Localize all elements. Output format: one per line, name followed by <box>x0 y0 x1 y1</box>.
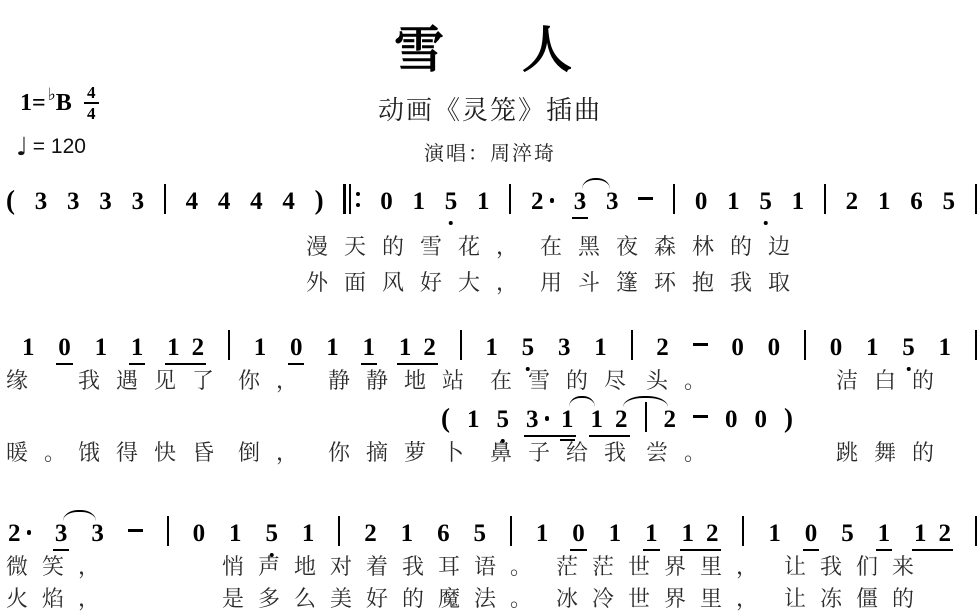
lyric-segment: 冰冷世界里， <box>556 587 772 611</box>
eighth-underline <box>361 363 378 365</box>
lyric-segment: 暖。 <box>6 441 82 465</box>
barline <box>673 184 675 214</box>
lyric-segment: 饿得快昏 <box>78 441 230 465</box>
lyric-segment: 火焰， <box>6 587 114 611</box>
note-0: 0 <box>755 407 768 432</box>
barline <box>975 330 977 360</box>
note-2: 2 <box>706 521 719 546</box>
barline <box>975 184 977 214</box>
dash-note <box>693 343 708 346</box>
note-5: 5 <box>445 189 458 214</box>
note-1: 1 <box>878 189 891 214</box>
low-octave-dot <box>763 221 768 226</box>
note-1: 1 <box>131 335 144 360</box>
beam-group: 12 <box>591 407 628 432</box>
note-5: 5 <box>942 189 955 214</box>
jianpu-sheet: { "header": { "title": "雪 人", "subtitle"… <box>0 0 980 612</box>
note-5: 5 <box>759 189 772 214</box>
lyric-segment: 头。 <box>646 369 722 393</box>
beam-underline <box>680 549 721 551</box>
lyric-segment: 悄声地对着我耳语。 <box>222 555 546 579</box>
eighth-underline <box>53 549 70 551</box>
parenthesis: ( <box>441 405 450 432</box>
note-1: 1 <box>412 189 425 214</box>
eighth-underline <box>803 549 820 551</box>
dash-note <box>638 197 653 200</box>
note-1: 1 <box>768 521 781 546</box>
note-1: 1 <box>536 521 549 546</box>
lyric-segment: 让冻僵的 <box>784 587 928 611</box>
note-3: 3 <box>526 407 549 432</box>
parenthesis: ) <box>315 187 324 214</box>
lyric-segment: 静静地站 <box>328 369 480 393</box>
note-1: 1 <box>594 335 607 360</box>
note-1: 1 <box>254 335 267 360</box>
note-4: 4 <box>282 189 295 214</box>
repeat-begin-sign <box>343 184 360 214</box>
note-1: 1 <box>485 335 498 360</box>
note-3: 3 <box>99 189 112 214</box>
lyric-segment: 是多么美好的魔法。 <box>222 587 546 611</box>
note-1: 1 <box>399 335 412 360</box>
note-0: 0 <box>830 335 843 360</box>
lyric-segment: 缘 <box>6 369 44 393</box>
note-2: 2 <box>192 335 205 360</box>
note-5: 5 <box>473 521 486 546</box>
beam-group: 12 <box>914 521 951 546</box>
notation-line-3: 23301512165101112105112 <box>8 516 977 546</box>
note-0: 0 <box>805 521 818 546</box>
barline <box>742 516 744 546</box>
barline <box>164 184 166 214</box>
parenthesis: ( <box>6 187 15 214</box>
augmentation-dot <box>27 530 32 535</box>
note-1: 1 <box>363 335 376 360</box>
eighth-underline <box>288 363 305 365</box>
eighth-underline <box>570 549 587 551</box>
note-1: 1 <box>645 521 658 546</box>
beam-group: 12 <box>399 335 436 360</box>
lyric-segment: 在黑夜森林的边 <box>540 235 806 259</box>
lyrics-row-3: 缘我遇见了你，静静地站在雪的尽头。洁白的 <box>0 369 980 395</box>
note-3: 3 <box>55 521 68 546</box>
note-3: 3 <box>35 189 48 214</box>
lyrics-row-6: 火焰，是多么美好的魔法。冰冷世界里，让冻僵的 <box>0 587 980 612</box>
lyrics-row-1: 漫天的雪花，在黑夜森林的边 <box>0 235 980 261</box>
note-2: 2 <box>423 335 436 360</box>
lyric-segment: 用斗篷环抱我取 <box>540 271 806 295</box>
lyrics-row-2: 外面风好大，用斗篷环抱我取 <box>0 271 980 297</box>
note-5: 5 <box>265 521 278 546</box>
note-1: 1 <box>682 521 695 546</box>
note-0: 0 <box>193 521 206 546</box>
note-6: 6 <box>437 521 450 546</box>
note-2: 2 <box>531 189 554 214</box>
note-1: 1 <box>866 335 879 360</box>
eighth-underline <box>876 549 893 551</box>
lyrics-row-5: 微笑，悄声地对着我耳语。茫茫世界里，让我们来 <box>0 555 980 581</box>
note-1: 1 <box>95 335 108 360</box>
dash-note <box>128 529 143 532</box>
note-3: 3 <box>132 189 145 214</box>
barline <box>975 516 977 546</box>
song-subtitle: 动画《灵笼》插曲 <box>0 90 980 127</box>
note-5: 5 <box>902 335 915 360</box>
note-2: 2 <box>615 407 628 432</box>
note-1: 1 <box>326 335 339 360</box>
lyric-segment: 让我们来 <box>784 555 928 579</box>
lyric-segment: 茫茫世界里， <box>556 555 772 579</box>
repeat-bar <box>343 184 346 214</box>
note-1: 1 <box>914 521 927 546</box>
lyric-segment: 漫天的雪花， <box>306 235 534 259</box>
lyric-segment: 鼻子给我 <box>490 441 642 465</box>
note-5: 5 <box>497 407 510 432</box>
tie-arc <box>63 510 95 521</box>
note-5: 5 <box>841 521 854 546</box>
lyric-segment: 微笑， <box>6 555 114 579</box>
barline <box>510 516 512 546</box>
note-1: 1 <box>477 189 490 214</box>
lyric-segment: 你， <box>238 369 314 393</box>
note-0: 0 <box>58 335 71 360</box>
note-0: 0 <box>290 335 303 360</box>
repeat-bar <box>349 184 352 214</box>
notation-inline-phrase: (153112200) <box>441 402 793 432</box>
note-1: 1 <box>939 335 952 360</box>
note-5: 5 <box>522 335 535 360</box>
augmentation-dot <box>545 416 550 421</box>
note-1: 1 <box>609 521 622 546</box>
lyric-segment: 我遇见了 <box>78 369 230 393</box>
parenthesis: ) <box>784 405 793 432</box>
tie-arc <box>623 396 668 407</box>
dash-note <box>693 415 708 418</box>
beam-group: 12 <box>167 335 204 360</box>
note-1: 1 <box>401 521 414 546</box>
barline <box>631 330 633 360</box>
lyric-segment: 尝。 <box>646 441 722 465</box>
notation-line-1: (33334444)015123301512165 <box>6 184 977 214</box>
note-3: 3 <box>606 189 619 214</box>
notation-line-2: 10111210111215312000151 <box>22 330 977 360</box>
lyric-segment: 在雪的尽 <box>490 369 642 393</box>
note-4: 4 <box>218 189 231 214</box>
beam-underline <box>589 435 630 437</box>
barline <box>167 516 169 546</box>
note-3: 3 <box>558 335 571 360</box>
barline <box>824 184 826 214</box>
beam-group: 12 <box>682 521 719 546</box>
barline <box>228 330 230 360</box>
note-0: 0 <box>695 189 708 214</box>
eighth-underline <box>129 363 146 365</box>
eighth-underline <box>572 217 589 219</box>
note-1: 1 <box>302 521 315 546</box>
lyric-segment: 洁白的 <box>836 369 950 393</box>
note-3: 3 <box>574 189 587 214</box>
beam-underline <box>912 549 953 551</box>
barline <box>509 184 511 214</box>
song-title: 雪 人 <box>0 10 980 82</box>
note-1: 1 <box>591 407 604 432</box>
note-2: 2 <box>656 335 669 360</box>
lyrics-row-4: 暖。饿得快昏倒，你摘萝卜鼻子给我尝。跳舞的 <box>0 441 980 467</box>
note-0: 0 <box>380 189 393 214</box>
note-1: 1 <box>878 521 891 546</box>
note-0: 0 <box>725 407 738 432</box>
augmentation-dot <box>550 198 555 203</box>
sheet-page: 雪 人 1=♭B 4 4 动画《灵笼》插曲 ♩ = 120 演唱：周淬琦 (33… <box>0 0 980 612</box>
note-0: 0 <box>572 521 585 546</box>
tie-arc <box>569 396 595 407</box>
eighth-underline <box>56 363 73 365</box>
note-2: 2 <box>846 189 859 214</box>
low-octave-dot <box>449 221 454 226</box>
repeat-dots <box>356 184 360 214</box>
note-1: 1 <box>467 407 480 432</box>
note-4: 4 <box>186 189 199 214</box>
note-1: 1 <box>229 521 242 546</box>
eighth-underline <box>643 549 660 551</box>
beam-underline <box>397 363 438 365</box>
note-3: 3 <box>67 189 80 214</box>
beam-group: 31 <box>526 407 574 432</box>
note-2: 2 <box>664 407 677 432</box>
lyric-segment: 外面风好大， <box>306 271 534 295</box>
singer-credit: 演唱：周淬琦 <box>0 137 980 166</box>
note-2: 2 <box>364 521 377 546</box>
barline <box>804 330 806 360</box>
beam-underline <box>165 363 206 365</box>
note-4: 4 <box>250 189 263 214</box>
lyric-segment: 你摘萝卜 <box>328 441 480 465</box>
note-2: 2 <box>8 521 31 546</box>
note-1: 1 <box>727 189 740 214</box>
barline <box>460 330 462 360</box>
note-0: 0 <box>768 335 781 360</box>
note-2: 2 <box>939 521 952 546</box>
note-3: 3 <box>91 521 104 546</box>
note-0: 0 <box>731 335 744 360</box>
beam-underline <box>524 435 576 437</box>
note-1: 1 <box>561 407 574 432</box>
note-1: 1 <box>167 335 180 360</box>
barline <box>338 516 340 546</box>
note-6: 6 <box>910 189 923 214</box>
note-1: 1 <box>22 335 35 360</box>
tie-arc <box>582 178 610 189</box>
lyric-segment: 跳舞的 <box>836 441 950 465</box>
lyric-segment: 倒， <box>238 441 314 465</box>
note-1: 1 <box>792 189 805 214</box>
